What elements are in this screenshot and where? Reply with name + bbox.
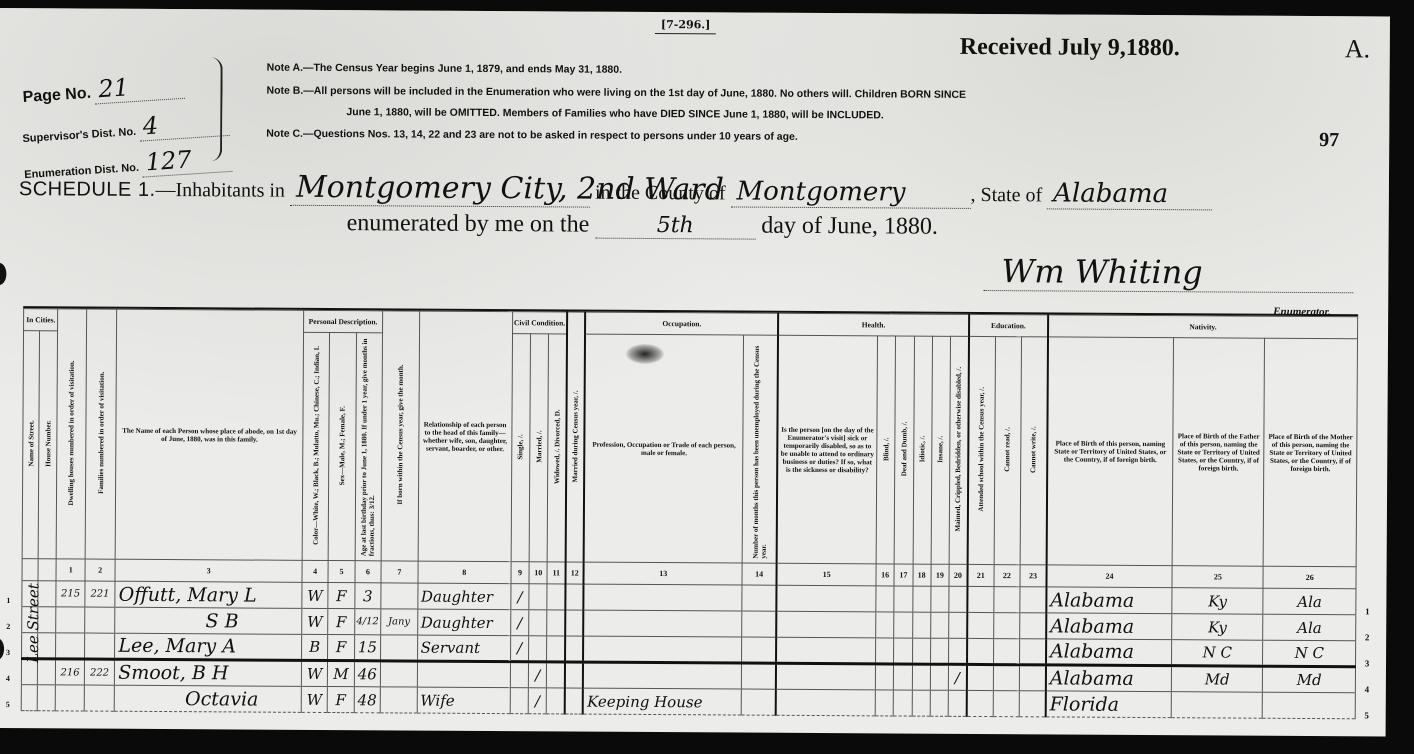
col-4-header: Color—White, W.; Black, B.; Mulatto, Mu.… bbox=[302, 332, 330, 560]
enumerated-by-label: enumerated by me on the bbox=[347, 210, 590, 237]
county-label: in the County of bbox=[595, 182, 726, 205]
street-name-text: Lee Street bbox=[24, 583, 42, 663]
mother-birthplace: N C bbox=[1263, 640, 1356, 667]
page-no-label: Page No. bbox=[22, 85, 91, 106]
birth-month bbox=[380, 661, 417, 687]
birthplace: Alabama bbox=[1046, 613, 1172, 640]
sickness bbox=[776, 637, 876, 664]
col-number: 15 bbox=[777, 563, 877, 586]
supervisor-dist-label: Supervisor's Dist. No. bbox=[22, 126, 136, 145]
mother-birthplace bbox=[1263, 692, 1356, 717]
col-number: 25 bbox=[1172, 566, 1263, 589]
age: 3 bbox=[354, 583, 381, 609]
relationship: Daughter bbox=[417, 609, 510, 636]
col-21-header: Attended school within the Census year, … bbox=[967, 336, 995, 564]
col-number: 5 bbox=[328, 561, 354, 583]
col-15-header: Is the person [on the day of the Enumera… bbox=[777, 335, 878, 564]
note-a: Note A.—The Census Year begins June 1, 1… bbox=[267, 62, 622, 76]
group-education: Education. bbox=[969, 314, 1048, 336]
col-number: 10 bbox=[529, 562, 547, 584]
widowed-mark bbox=[547, 584, 565, 610]
col-number: 24 bbox=[1046, 565, 1172, 588]
widowed-mark bbox=[547, 610, 565, 636]
maimed-mark bbox=[949, 638, 967, 664]
maimed-mark bbox=[948, 690, 966, 716]
col-number: 13 bbox=[584, 562, 742, 585]
col-number: 1 bbox=[56, 559, 85, 581]
binding-hole bbox=[0, 263, 6, 285]
schedule-title-suffix: —Inhabitants in bbox=[155, 179, 285, 202]
col-number: 3 bbox=[115, 559, 302, 582]
birthplace: Alabama bbox=[1046, 639, 1172, 666]
color: W bbox=[302, 582, 329, 608]
col-26-header: Place of Birth of the Mother of this per… bbox=[1264, 338, 1358, 567]
line-number: 4 bbox=[1358, 676, 1376, 702]
schedule-line: SCHEDULE 1.—Inhabitants in Montgomery Ci… bbox=[19, 168, 1212, 211]
col-19-header: Insane, /. bbox=[931, 336, 951, 564]
father-birthplace: Ky bbox=[1172, 614, 1263, 641]
birthplace: Florida bbox=[1046, 691, 1172, 717]
father-birthplace: Ky bbox=[1172, 588, 1263, 615]
left-line-numbers: 1 2 3 4 5 bbox=[0, 588, 16, 717]
col-number: 22 bbox=[994, 565, 1020, 587]
scan-border-right bbox=[1390, 0, 1414, 717]
age: 48 bbox=[354, 687, 381, 713]
single-mark: / bbox=[510, 636, 528, 662]
col-number: 20 bbox=[949, 564, 967, 586]
father-birthplace bbox=[1171, 692, 1262, 717]
single-mark bbox=[510, 662, 528, 688]
married-mark bbox=[529, 610, 547, 636]
state-label: , State of bbox=[970, 184, 1042, 206]
line-number: 5 bbox=[0, 692, 16, 717]
occupation bbox=[584, 584, 742, 611]
col-house-header: House Number. bbox=[38, 331, 58, 559]
person-name: S B bbox=[115, 607, 302, 634]
line-number: 2 bbox=[0, 614, 16, 640]
col-10-header: Married, /. bbox=[529, 334, 549, 562]
sickness bbox=[776, 585, 876, 612]
enumeration-day-value: 5th bbox=[595, 213, 755, 240]
color: W bbox=[301, 660, 328, 686]
sickness bbox=[776, 689, 876, 716]
received-stamp: Received July 9,1880. bbox=[960, 34, 1180, 62]
col-number: 26 bbox=[1263, 566, 1356, 589]
married-mark: / bbox=[528, 688, 546, 714]
months-unemployed bbox=[741, 689, 776, 715]
county-value: Montgomery bbox=[730, 176, 970, 208]
birth-month bbox=[381, 635, 418, 661]
col-25-header: Place of Birth of the Father of this per… bbox=[1172, 338, 1265, 567]
census-table: In Cities. Dwelling houses numbered in o… bbox=[21, 308, 1358, 717]
col-1-header: Dwelling houses numbered in order of vis… bbox=[57, 309, 87, 559]
group-civil-condition: Civil Condition. bbox=[512, 312, 567, 334]
person-name: Offutt, Mary L bbox=[115, 581, 302, 608]
relationship: Wife bbox=[417, 687, 510, 714]
father-birthplace: Md bbox=[1172, 666, 1263, 693]
place-value: Montgomery City, 2nd Ward bbox=[290, 170, 590, 208]
married-year-mark bbox=[565, 610, 583, 636]
col-18-header: Idiotic, /. bbox=[913, 336, 933, 564]
occupation: Keeping House bbox=[583, 688, 741, 715]
occupation bbox=[583, 662, 741, 689]
sheet-number: 97 bbox=[1319, 129, 1339, 152]
widowed-mark bbox=[547, 662, 565, 688]
widowed-mark bbox=[547, 636, 565, 662]
married-mark: / bbox=[528, 662, 546, 688]
col-number: 2 bbox=[85, 559, 116, 581]
col-number: 19 bbox=[931, 564, 949, 586]
col-8-header: Relationship of each person to the head … bbox=[418, 311, 513, 562]
col-number bbox=[22, 559, 38, 581]
note-b-continued: June 1, 1880, will be OMITTED. Members o… bbox=[346, 106, 883, 121]
months-unemployed bbox=[741, 663, 776, 689]
sex: F bbox=[328, 609, 355, 635]
sex: F bbox=[328, 635, 355, 661]
dwelling-number: 216 bbox=[56, 659, 85, 685]
color: B bbox=[301, 634, 328, 660]
col-number: 6 bbox=[355, 561, 381, 583]
line-number: 4 bbox=[0, 666, 16, 692]
col-16-header: Blind, /. bbox=[876, 336, 896, 564]
col-6-header: Age at last birthday prior to June 1, 18… bbox=[355, 333, 383, 561]
census-page: [7-296.] Received July 9,1880. A. 97 Pag… bbox=[0, 8, 1390, 717]
day-of-label: day of June, 1880. bbox=[761, 213, 938, 240]
enumerator-signature: Wm Whiting bbox=[983, 252, 1353, 293]
age: 46 bbox=[354, 661, 381, 687]
married-year-mark bbox=[565, 636, 583, 662]
birthplace: Alabama bbox=[1046, 665, 1172, 692]
group-health: Health. bbox=[778, 313, 969, 336]
col-number: 4 bbox=[302, 560, 328, 582]
col-number: 12 bbox=[566, 562, 584, 584]
relationship: Servant bbox=[417, 635, 510, 662]
family-number bbox=[84, 685, 115, 711]
supervisor-dist-field: Supervisor's Dist. No. 4 bbox=[21, 107, 229, 149]
enumeration-date-line: enumerated by me on the 5th day of June,… bbox=[347, 210, 938, 241]
col-24-header: Place of Birth of this person, naming St… bbox=[1047, 337, 1174, 566]
family-number: 222 bbox=[84, 659, 115, 685]
married-year-mark bbox=[565, 662, 583, 688]
col-number: 7 bbox=[381, 561, 418, 583]
col-22-header: Cannot read, /. bbox=[994, 337, 1022, 565]
schedule-title: SCHEDULE 1. bbox=[19, 178, 156, 201]
birth-month bbox=[380, 687, 417, 713]
col-number bbox=[38, 559, 56, 581]
col-23-header: Cannot write, /. bbox=[1020, 337, 1048, 565]
col-number: 11 bbox=[547, 562, 565, 584]
maimed-mark bbox=[949, 612, 967, 638]
col-5-header: Sex—Male, M.; Female, F. bbox=[328, 333, 356, 561]
single-mark bbox=[510, 688, 528, 714]
person-name: Octavia bbox=[115, 685, 302, 712]
dwelling-number bbox=[56, 633, 85, 659]
census-table-container: In Cities. Dwelling houses numbered in o… bbox=[20, 306, 1358, 717]
maimed-mark: / bbox=[948, 664, 966, 690]
col-number: 17 bbox=[894, 564, 912, 586]
line-number: 2 bbox=[1358, 624, 1376, 650]
age: 15 bbox=[354, 635, 381, 661]
col-2-header: Families numbered in order of visitation… bbox=[85, 309, 117, 559]
occupation bbox=[584, 610, 742, 637]
relationship: Daughter bbox=[417, 583, 510, 610]
birth-month: Jany bbox=[381, 609, 418, 635]
married-mark bbox=[529, 636, 547, 662]
page-no-field: Page No. 21 bbox=[22, 70, 186, 109]
group-occupation: Occupation. bbox=[585, 312, 778, 335]
col-12-header: Married during Census year, /. bbox=[566, 312, 586, 562]
right-line-numbers: 1 2 3 4 5 bbox=[1358, 598, 1377, 717]
col-number: 14 bbox=[742, 563, 777, 585]
col-14-header: Number of months this person has been un… bbox=[742, 335, 778, 563]
birthplace: Alabama bbox=[1046, 587, 1172, 614]
scan-border-top bbox=[0, 0, 1414, 6]
line-number: 1 bbox=[0, 588, 16, 614]
occupation bbox=[583, 636, 741, 663]
color: W bbox=[302, 608, 329, 634]
note-c: Note C.—Questions Nos. 13, 14, 22 and 23… bbox=[266, 128, 798, 143]
page-no-value: 21 bbox=[94, 70, 186, 105]
col-11-header: Widowed, /. Divorced, D. bbox=[547, 334, 567, 562]
mother-birthplace: Md bbox=[1263, 666, 1356, 693]
months-unemployed bbox=[742, 637, 777, 663]
col-number: 16 bbox=[876, 564, 894, 586]
line-number: 3 bbox=[1358, 650, 1376, 676]
months-unemployed bbox=[742, 611, 777, 637]
color: W bbox=[301, 686, 328, 712]
line-number: 5 bbox=[1358, 702, 1376, 717]
person-name: Smoot, B H bbox=[115, 659, 302, 686]
state-value: Alabama bbox=[1047, 178, 1212, 210]
col-street-header: Name of Street. bbox=[22, 331, 40, 559]
maimed-mark bbox=[949, 586, 967, 612]
dwelling-number: 215 bbox=[56, 581, 85, 607]
person-name: Lee, Mary A bbox=[115, 633, 302, 660]
sickness bbox=[776, 611, 876, 638]
dwelling-number bbox=[56, 607, 85, 633]
form-code: [7-296.] bbox=[655, 18, 717, 34]
single-mark: / bbox=[511, 584, 529, 610]
dwelling-number bbox=[56, 685, 85, 711]
age: 4/12 bbox=[354, 609, 381, 635]
sex: F bbox=[327, 687, 354, 713]
group-personal-description: Personal Description. bbox=[303, 310, 382, 332]
single-mark: / bbox=[511, 610, 529, 636]
col-9-header: Single, /. bbox=[511, 334, 531, 562]
note-b: Note B.—All persons will be included in … bbox=[266, 85, 966, 101]
col-number: 23 bbox=[1020, 565, 1047, 587]
col-13-header: Profession, Occupation or Trade of each … bbox=[584, 334, 744, 563]
col-17-header: Deaf and Dumb, /. bbox=[894, 336, 914, 564]
col-7-header: If born within the Census year, give the… bbox=[381, 311, 419, 561]
col-3-header: The Name of each Person whose place of a… bbox=[115, 309, 303, 560]
brace-divider bbox=[204, 57, 223, 161]
line-number: 1 bbox=[1358, 598, 1376, 624]
line-number: 3 bbox=[0, 640, 16, 666]
mother-birthplace: Ala bbox=[1263, 614, 1356, 641]
married-year-mark bbox=[565, 688, 583, 714]
married-year-mark bbox=[565, 584, 583, 610]
street-name: Lee Street bbox=[24, 583, 45, 673]
family-number: 221 bbox=[85, 581, 116, 607]
sex: F bbox=[328, 583, 355, 609]
col-number: 9 bbox=[511, 562, 529, 584]
mother-birthplace: Ala bbox=[1263, 588, 1356, 615]
married-mark bbox=[529, 584, 547, 610]
col-number: 8 bbox=[418, 561, 511, 584]
col-number: 21 bbox=[967, 564, 993, 586]
birth-month bbox=[381, 583, 418, 609]
group-in-cities: In Cities. bbox=[24, 309, 59, 331]
father-birthplace: N C bbox=[1172, 640, 1263, 667]
relationship bbox=[417, 661, 510, 688]
family-number bbox=[85, 607, 116, 633]
months-unemployed bbox=[742, 585, 777, 611]
col-number: 18 bbox=[912, 564, 930, 586]
family-number bbox=[84, 633, 115, 659]
sheet-letter: A. bbox=[1345, 34, 1370, 64]
sickness bbox=[776, 663, 876, 690]
col-20-header: Maimed, Crippled, Bedridden, or otherwis… bbox=[949, 336, 969, 564]
widowed-mark bbox=[547, 688, 565, 714]
sex: M bbox=[328, 661, 355, 687]
group-nativity: Nativity. bbox=[1048, 315, 1358, 339]
